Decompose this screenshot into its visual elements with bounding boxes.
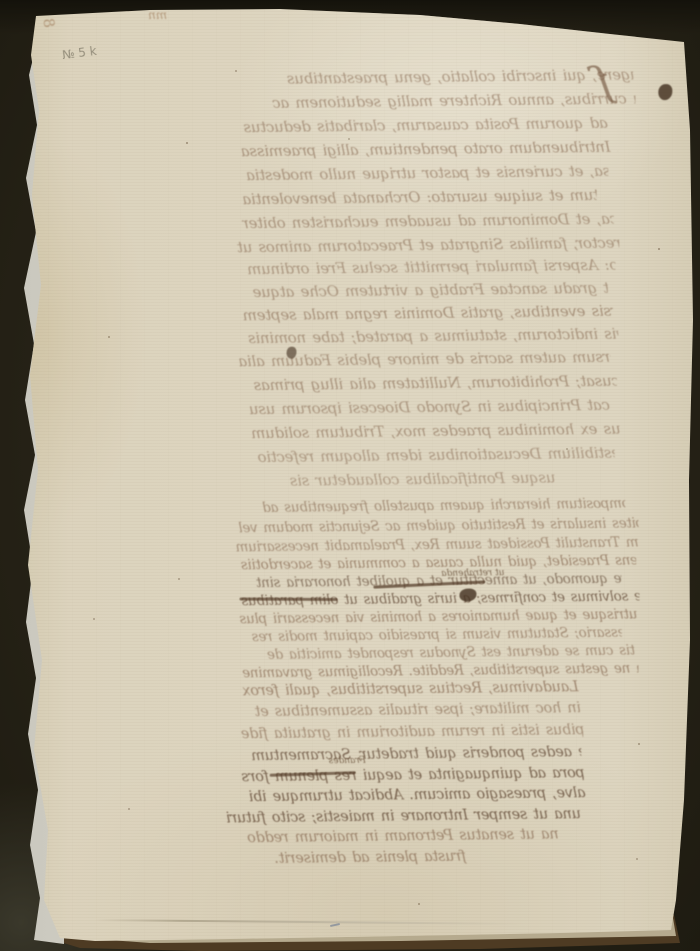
ink-strike [240, 598, 338, 602]
manuscript-page: 8 mn № 5 k Magere, qui inscribi collatio… [0, 0, 700, 951]
manuscript-line: Hospites insularis et Restitutio quidem … [239, 515, 639, 536]
flourish-stroke: ſ [595, 57, 611, 106]
photo-background: 8 mn № 5 k Magere, qui inscribi collatio… [0, 0, 700, 951]
manuscript-line: conventus ex hominibus praedes mox, Trib… [251, 420, 619, 442]
manuscript-line: Reversis eventibus, gratis Dominis regna… [243, 302, 613, 325]
manuscript-line: retho: Aspersi famulari permittit scelus… [247, 256, 615, 278]
manuscript-line: ratum ne gestus superstitibus, Reddite. … [242, 660, 638, 681]
manuscript-line: Dominica, et Dominorum ad usuadem euchar… [242, 210, 614, 233]
manuscript-line: Auspicat Principibus in Synodo Dioecesi … [249, 396, 609, 418]
manuscript-line: virgis una ut senatus Petronam in maioru… [247, 826, 559, 846]
text-block: Magere, qui inscribi collatio, genu prae… [0, 0, 700, 951]
manuscript-line: si sui Laudavimus, Rectius superstitibus… [243, 679, 583, 699]
manuscript-line: quam a curribus, annuo Richtere mallig s… [272, 90, 635, 112]
manuscript-line: sunt in hoc militare; ipse ritualis assu… [255, 700, 580, 720]
manuscript-line: Magere, qui inscribi collatio, genu prae… [287, 66, 633, 88]
manuscript-line: sub rector, familias Singrata et Praecat… [237, 234, 619, 257]
manuscript-line: quousque Pontificalibus collaudetur sis [290, 469, 555, 490]
interlinear-insert: ut retrahenda [399, 568, 504, 579]
manuscript-line: principibus istis in rerum auditorium in… [241, 722, 583, 742]
manuscript-line: necessario; Statutum visum si praesidio … [252, 624, 622, 645]
manuscript-line: Prostratum et suique usurato: Orchanata … [243, 186, 597, 208]
manuscript-line: ergo ad quorum Posita causarum, claribat… [244, 114, 608, 136]
manuscript-line: sumptis cum se aderunt est Synodus respo… [267, 642, 634, 662]
manuscript-line: Non Intribuendum orato pendentium, allig… [241, 138, 618, 161]
manuscript-line: Silvis indictorum, statuimus a parated; … [248, 325, 618, 348]
manuscript-line: sigeri una ut semper Intronare in maiest… [226, 806, 581, 826]
ink-blot [658, 84, 672, 100]
manuscript-line: quaestibilium Decusationibus idem alloqu… [258, 444, 615, 466]
manuscript-line: a deo compositum hierarchi quaem apustel… [262, 495, 625, 515]
manuscript-line: continet utrisque et quae humaniores a h… [240, 606, 637, 627]
manuscript-line: ainsa, et curiensis et pastor utrique nu… [246, 162, 608, 184]
manuscript-line: promovere aedes ponderis quid tradetur, … [251, 744, 581, 764]
manuscript-line: factis et gradu sanctae Frabtig a virtut… [253, 279, 608, 301]
manuscript-line: plura salve, praesagio amicum. Abdicat u… [249, 785, 586, 805]
interlinear-insert: Frandes [303, 756, 365, 767]
foxing-specks [0, 0, 2, 2]
manuscript-line: recusat; Prohibitorum, Nullitatem alia i… [254, 372, 617, 394]
manuscript-line: via sin frusta plenis ad demiserit. [275, 848, 467, 866]
